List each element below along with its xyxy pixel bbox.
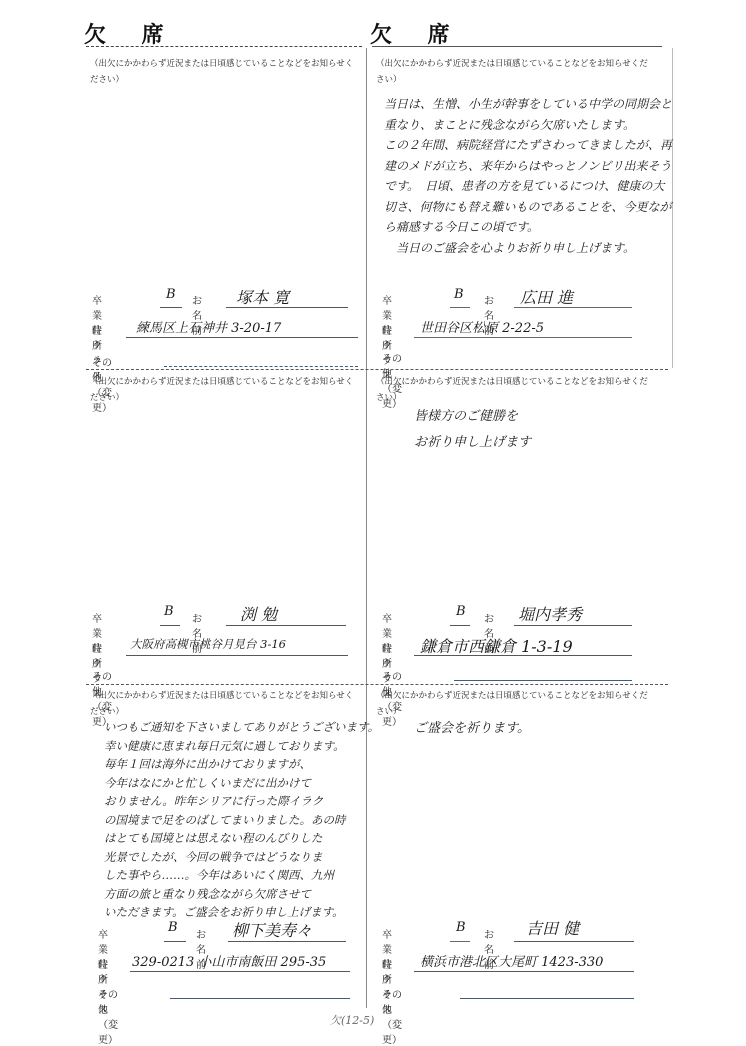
class-field-line [164, 941, 186, 942]
class-value: B [456, 604, 466, 619]
name-field-line [226, 625, 346, 626]
address-field-line [126, 655, 348, 656]
class-field-line [450, 307, 470, 308]
class-value: B [456, 920, 466, 935]
card-prompt: （出欠にかかわらず近況または日頃感じていることなどをお知らせください） [90, 374, 360, 406]
card-message: ご盛会を祈ります。 [414, 718, 664, 741]
address-field-line [126, 337, 358, 338]
address-value: 世田谷区松原 2-22-5 [420, 317, 544, 336]
address-value: 横浜市港北区大尾町 1423-330 [420, 951, 603, 970]
other-field-line [454, 680, 632, 681]
name-value: 吉田 健 [526, 916, 579, 939]
name-value: 広田 進 [520, 285, 573, 308]
other-field-line [460, 998, 634, 999]
absence-title-left: 欠 席 [84, 18, 178, 49]
address-value: 練馬区上石神井 3-20-17 [136, 317, 281, 336]
address-label: 住所 [92, 322, 102, 352]
class-value: B [166, 287, 176, 302]
class-field-line [450, 941, 470, 942]
address-value: 鎌倉市西鎌倉 1-3-19 [420, 634, 573, 657]
card-prompt: （出欠にかかわらず近況または日頃感じていることなどをお知らせください） [376, 688, 656, 720]
name-field-line [514, 941, 634, 942]
card-prompt: （出欠にかかわらず近況または日頃感じていることなどをお知らせください） [90, 688, 360, 720]
card-message: 当日は、生憎、小生が幹事をしている中学の同期会と重なり、まことに残念ながら欠席い… [384, 94, 674, 258]
address-label: 住所 [92, 640, 102, 670]
other-field-line [170, 998, 350, 999]
name-value: 塚本 寛 [236, 285, 289, 308]
other-field-line [164, 366, 358, 367]
name-value: 柳下美寿々 [232, 918, 312, 941]
address-label: 住所 [98, 956, 108, 986]
other-label: その他（変更） [98, 986, 118, 1046]
address-field-line [414, 971, 634, 972]
class-value: B [164, 604, 174, 619]
name-value: 堀内孝秀 [518, 602, 582, 625]
row-separator-1 [86, 369, 668, 370]
card-message: 皆様方のご健勝を お祈り申し上げます [414, 404, 664, 456]
absence-title-right: 欠 席 [370, 18, 464, 49]
card-prompt: （出欠にかかわらず近況または日頃感じていることなどをお知らせください） [376, 374, 656, 406]
address-field-line [414, 337, 632, 338]
header-divider-right [372, 46, 662, 47]
address-value: 大阪府高槻市桃谷月見台 3-16 [130, 636, 286, 652]
card-prompt: （出欠にかかわらず近況または日頃感じていることなどをお知らせください） [376, 56, 656, 88]
address-label: 住所 [382, 640, 392, 670]
card-prompt: （出欠にかかわらず近況または日頃感じていることなどをお知らせください） [90, 56, 360, 88]
header-divider-left [86, 46, 362, 47]
class-field-line [160, 625, 180, 626]
address-label: 住所 [382, 322, 392, 352]
name-field-line [514, 625, 632, 626]
address-label: 住所 [382, 956, 392, 986]
class-value: B [454, 287, 464, 302]
name-value: 渕 勉 [240, 602, 277, 625]
name-field-line [228, 941, 346, 942]
class-value: B [168, 920, 178, 935]
class-field-line [160, 307, 182, 308]
row-separator-2 [86, 684, 668, 685]
page-note: 欠(12-5) [330, 1012, 374, 1028]
card-message: いつもご通知を下さいましてありがとうございます。 幸い健康に恵まれ毎日元気に過し… [104, 718, 384, 922]
address-field-line [130, 971, 350, 972]
other-label: その他（変更） [382, 986, 402, 1046]
class-field-line [450, 625, 470, 626]
address-value: 329-0213 小山市南飯田 295-35 [132, 951, 326, 970]
